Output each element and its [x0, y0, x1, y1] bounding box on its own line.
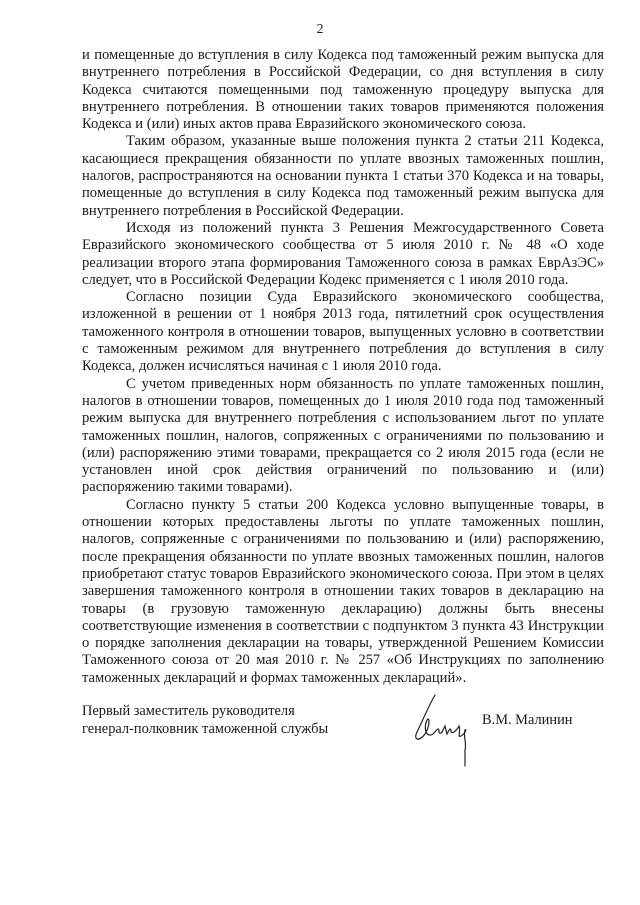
document-body: и помещенные до вступления в силу Кодекс…	[82, 47, 604, 687]
position-line-2: генерал-полковник таможенной службы	[82, 721, 328, 739]
signatory-name: В.М. Малинин	[482, 712, 572, 729]
paragraph: Исходя из положений пункта 3 Решения Меж…	[82, 220, 604, 289]
handwritten-signature-icon	[405, 690, 485, 770]
paragraph: Согласно позиции Суда Евразийского эконо…	[82, 289, 604, 375]
paragraph: Таким образом, указанные выше положения …	[82, 133, 604, 219]
paragraph-continuation: и помещенные до вступления в силу Кодекс…	[82, 47, 604, 133]
paragraph: С учетом приведенных норм обязанность по…	[82, 376, 604, 497]
page-number: 2	[0, 22, 640, 38]
signatory-position: Первый заместитель руководителя генерал-…	[82, 703, 328, 738]
position-line-1: Первый заместитель руководителя	[82, 703, 328, 721]
paragraph: Согласно пункту 5 статьи 200 Кодекса усл…	[82, 497, 604, 687]
